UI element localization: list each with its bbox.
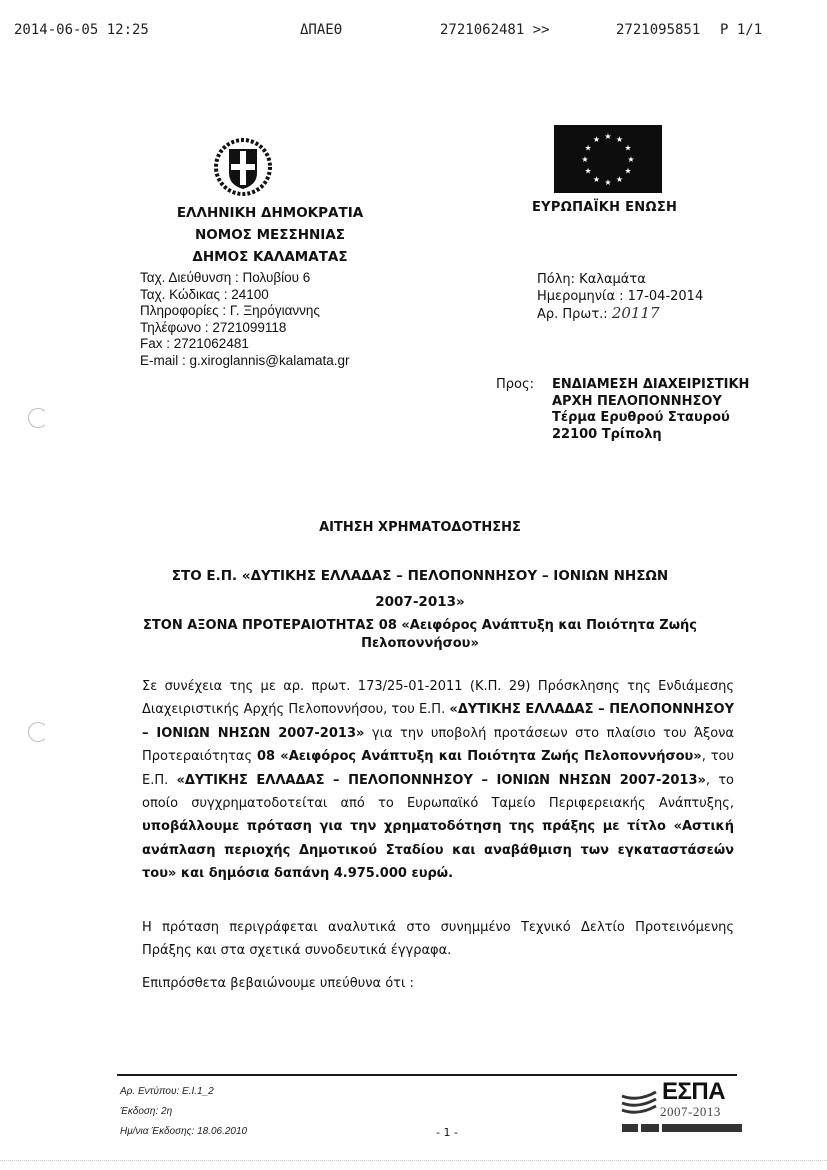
fax-from-number: 2721062481 >> — [440, 22, 550, 38]
svg-text:★: ★ — [604, 178, 611, 187]
svg-text:★: ★ — [624, 167, 631, 176]
svg-text:★: ★ — [581, 155, 588, 164]
svg-text:★: ★ — [616, 175, 623, 184]
body-paragraph-2: Η πρόταση περιγράφεται αναλυτικά στο συν… — [142, 916, 734, 963]
text-run: υποβάλλουμε πρόταση για την χρηματοδότησ… — [142, 819, 734, 881]
fax-to-number: 2721095851 — [616, 22, 700, 38]
recipient-line: Τέρμα Ερυθρού Σταυρού — [552, 410, 749, 427]
svg-text:★: ★ — [616, 135, 623, 144]
text-run: 08 «Αειφόρος Ανάπτυξη και Ποιότητα Ζωής … — [257, 749, 702, 764]
axis-line-2: Πελοποννήσου» — [100, 636, 740, 651]
text-run: «ΔΥΤΙΚΗΣ ΕΛΛΑΔΑΣ – ΠΕΛΟΠΟΝΝΗΣΟΥ – ΙΟΝΙΩΝ… — [176, 773, 705, 788]
program-line-2: 2007-2013» — [100, 594, 740, 610]
edition: Έκδοση: 2η — [120, 1106, 172, 1117]
scan-hole-mark — [28, 408, 48, 428]
eu-flag-icon: ★★★★★★★★★★★★ — [554, 125, 662, 193]
scan-hole-mark — [28, 722, 48, 742]
fax-datetime: 2014-06-05 12:25 — [14, 22, 149, 38]
phone: Τηλέφωνο : 2721099118 — [140, 320, 350, 337]
recipient-address: ΕΝΔΙΑΜΕΣΗ ΔΙΑΧΕΙΡΙΣΤΙΚΗ ΑΡΧΗ ΠΕΛΟΠΟΝΝΗΣΟ… — [552, 377, 749, 443]
greek-coat-of-arms-icon — [213, 137, 273, 197]
recipient-label: Προς: — [496, 377, 534, 392]
svg-text:★: ★ — [627, 155, 634, 164]
country-name: ΕΛΛΗΝΙΚΗ ΔΗΜΟΚΡΑΤΙΑ — [150, 202, 390, 224]
recipient-line: ΑΡΧΗ ΠΕΛΟΠΟΝΝΗΣΟΥ — [552, 394, 749, 411]
contact-person: Πληροφορίες : Γ. Ξηρόγιαννης — [140, 303, 350, 320]
body-paragraph-1: Σε συνέχεια της με αρ. πρωτ. 173/25-01-2… — [142, 675, 734, 886]
recipient-line: 22100 Τρίπολη — [552, 427, 749, 444]
protocol-label: Αρ. Πρωτ.: — [537, 307, 608, 322]
document-meta: Πόλη: Καλαμάτα Ημερομηνία : 17-04-2014 Α… — [537, 272, 703, 324]
document-title: ΑΙΤΗΣΗ ΧΡΗΜΑΤΟΔΟΤΗΣΗΣ — [100, 520, 740, 535]
espa-logo-years: 2007-2013 — [660, 1104, 721, 1120]
recipient-line: ΕΝΔΙΑΜΕΣΗ ΔΙΑΧΕΙΡΙΣΤΙΚΗ — [552, 377, 749, 394]
page-number: - 1 - — [436, 1126, 458, 1139]
axis-line-1: ΣΤΟΝ ΑΞΟΝΑ ΠΡΟΤΕΡΑΙΟΤΗΤΑΣ 08 «Αειφόρος Α… — [100, 618, 740, 633]
body-paragraph-3: Επιπρόσθετα βεβαιώνουμε υπεύθυνα ότι : — [142, 972, 734, 995]
address: Ταχ. Διεύθυνση : Πολυβίου 6 — [140, 270, 350, 287]
city: Πόλη: Καλαμάτα — [537, 272, 703, 289]
fax-page: P 1/1 — [720, 22, 762, 38]
espa-wave-icon — [620, 1088, 660, 1118]
email: E-mail : g.xiroglannis@kalamata.gr — [140, 353, 350, 370]
svg-text:★: ★ — [604, 132, 611, 141]
protocol-handwritten: 20117 — [612, 304, 660, 322]
postal-code: Ταχ. Κώδικας : 24100 — [140, 287, 350, 304]
svg-text:★: ★ — [624, 144, 631, 153]
municipality-name: ΔΗΜΟΣ ΚΑΛΑΜΑΤΑΣ — [150, 246, 390, 268]
eu-title: ΕΥΡΩΠΑΪΚΗ ΕΝΩΣΗ — [532, 200, 677, 215]
sender-heading: ΕΛΛΗΝΙΚΗ ΔΗΜΟΚΡΑΤΙΑ ΝΟΜΟΣ ΜΕΣΣΗΝΙΑΣ ΔΗΜΟ… — [150, 202, 390, 268]
fax: Fax : 2721062481 — [140, 336, 350, 353]
form-number: Αρ. Εντύπου: Ε.Ι.1_2 — [120, 1086, 214, 1097]
edition-date: Ημ/νια Έκδοσης: 18.06.2010 — [120, 1126, 247, 1137]
program-line-1: ΣΤΟ Ε.Π. «ΔΥΤΙΚΗΣ ΕΛΛΑΔΑΣ – ΠΕΛΟΠΟΝΝΗΣΟΥ… — [100, 568, 740, 584]
protocol-number: Αρ. Πρωτ.: 20117 — [537, 305, 703, 324]
svg-text:★: ★ — [593, 175, 600, 184]
footer-divider — [117, 1074, 737, 1076]
svg-text:★: ★ — [593, 135, 600, 144]
svg-text:★: ★ — [584, 144, 591, 153]
fax-sender: ΔΠΑΕΘ — [300, 22, 342, 38]
date: Ημερομηνία : 17-04-2014 — [537, 289, 703, 306]
prefecture-name: ΝΟΜΟΣ ΜΕΣΣΗΝΙΑΣ — [150, 224, 390, 246]
scan-edge — [0, 1160, 827, 1161]
espa-logo-title: ΕΣΠΑ — [662, 1078, 725, 1106]
sender-contact-info: Ταχ. Διεύθυνση : Πολυβίου 6 Ταχ. Κώδικας… — [140, 270, 350, 370]
espa-logo-band — [622, 1124, 742, 1132]
svg-text:★: ★ — [584, 167, 591, 176]
